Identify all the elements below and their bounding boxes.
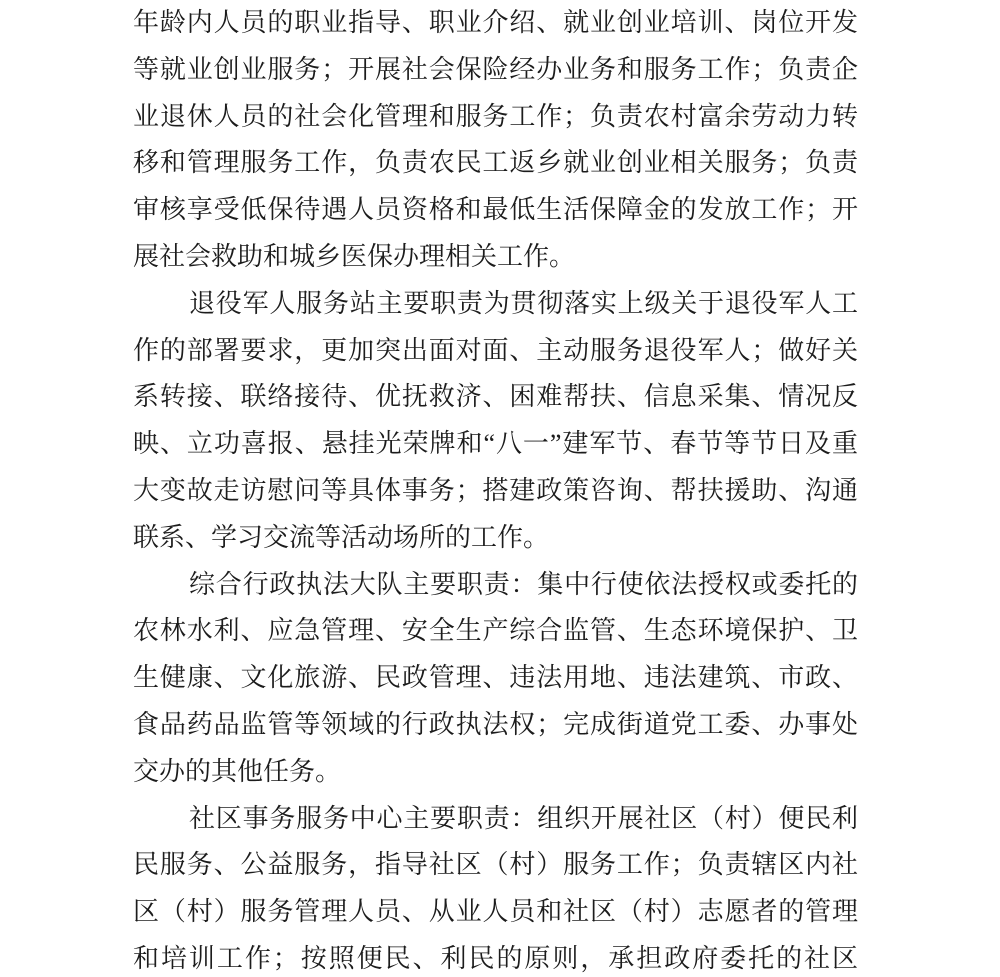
text-line: 联系、学习交流等活动场所的工作。 bbox=[133, 515, 858, 562]
text-line: 审核享受低保待遇人员资格和最低生活保障金的发放工作；开 bbox=[133, 187, 858, 234]
text-line: 综合行政执法大队主要职责：集中行使依法授权或委托的 bbox=[133, 562, 858, 609]
text-line: 移和管理服务工作，负责农民工返乡就业创业相关服务；负责 bbox=[133, 140, 858, 187]
text-line: 展社会救助和城乡医保办理相关工作。 bbox=[133, 234, 858, 281]
text-line: 交办的其他任务。 bbox=[133, 749, 858, 796]
text-line: 区（村）服务管理人员、从业人员和社区（村）志愿者的管理 bbox=[133, 889, 858, 936]
text-line: 系转接、联络接待、优抚救济、困难帮扶、信息采集、情况反 bbox=[133, 374, 858, 421]
text-line: 社区事务服务中心主要职责：组织开展社区（村）便民利 bbox=[133, 796, 858, 843]
text-line: 作的部署要求，更加突出面对面、主动服务退役军人；做好关 bbox=[133, 328, 858, 375]
text-block: 年龄内人员的职业指导、职业介绍、就业创业培训、岗位开发等就业创业服务；开展社会保… bbox=[133, 0, 858, 977]
text-line: 业退休人员的社会化管理和服务工作；负责农村富余劳动力转 bbox=[133, 94, 858, 141]
text-line: 农林水利、应急管理、安全生产综合监管、生态环境保护、卫 bbox=[133, 608, 858, 655]
text-line: 退役军人服务站主要职责为贯彻落实上级关于退役军人工 bbox=[133, 281, 858, 328]
text-line: 民服务、公益服务，指导社区（村）服务工作；负责辖区内社 bbox=[133, 842, 858, 889]
text-line: 大变故走访慰问等具体事务；搭建政策咨询、帮扶援助、沟通 bbox=[133, 468, 858, 515]
text-line: 食品药品监管等领域的行政执法权；完成街道党工委、办事处 bbox=[133, 702, 858, 749]
document-page: 年龄内人员的职业指导、职业介绍、就业创业培训、岗位开发等就业创业服务；开展社会保… bbox=[0, 0, 1000, 977]
text-line: 和培训工作；按照便民、利民的原则，承担政府委托的社区 bbox=[133, 936, 858, 977]
text-line: 映、立功喜报、悬挂光荣牌和“八一”建军节、春节等节日及重 bbox=[133, 421, 858, 468]
text-line: 年龄内人员的职业指导、职业介绍、就业创业培训、岗位开发 bbox=[133, 0, 858, 47]
text-line: 等就业创业服务；开展社会保险经办业务和服务工作；负责企 bbox=[133, 47, 858, 94]
text-line: 生健康、文化旅游、民政管理、违法用地、违法建筑、市政、 bbox=[133, 655, 858, 702]
